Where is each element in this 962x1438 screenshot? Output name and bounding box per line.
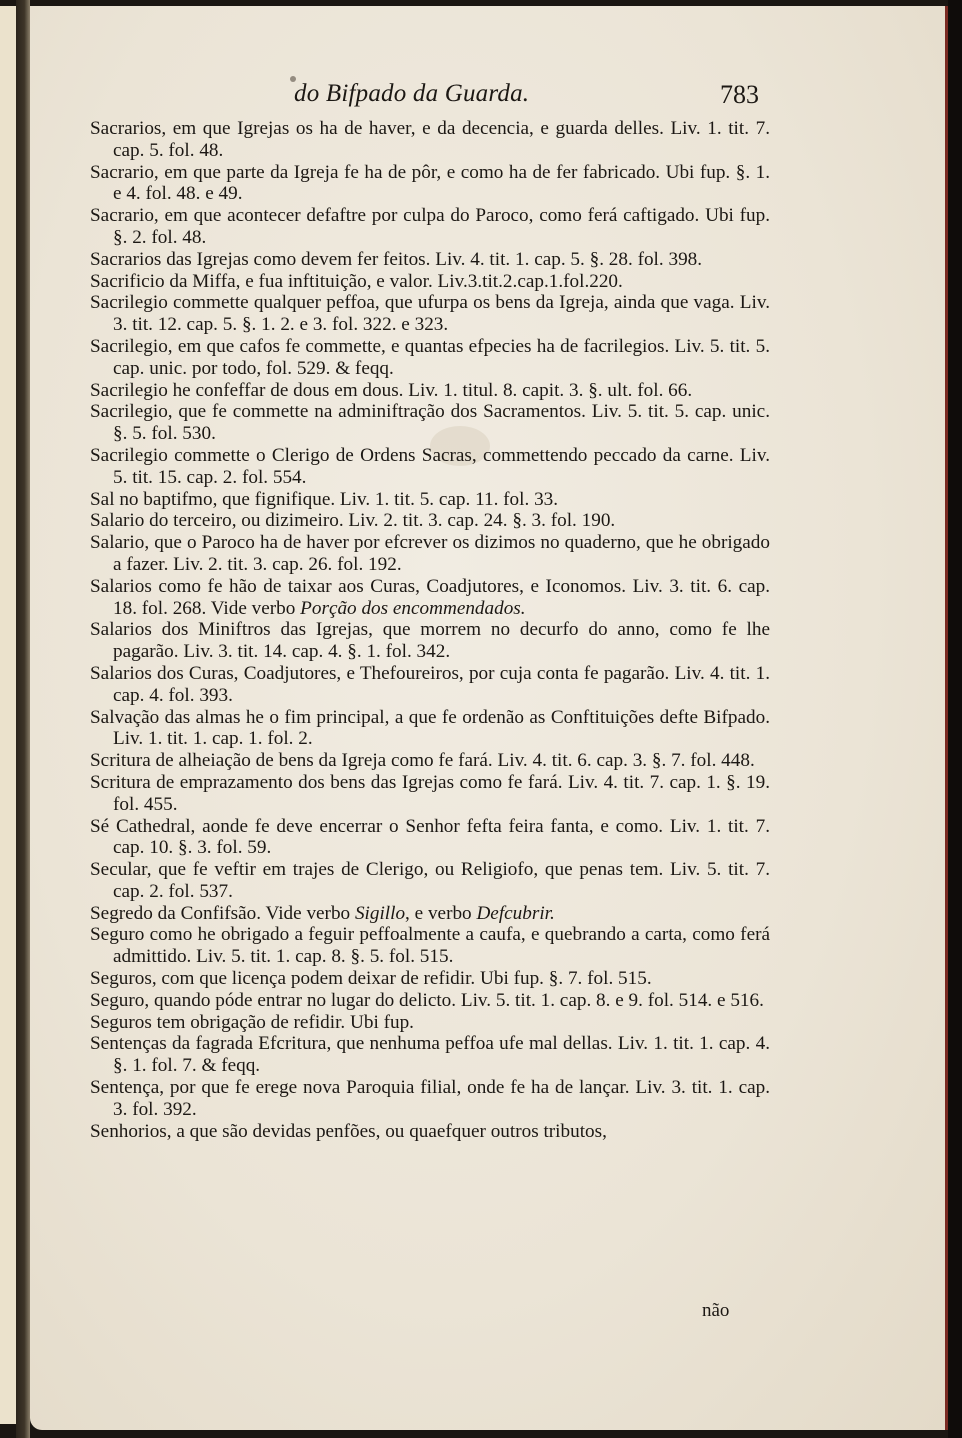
index-entry: Seguro, quando póde entrar no lugar do d… [90,990,770,1012]
index-entry: Seguro como he obrigado a feguir peffoal… [90,924,770,968]
index-entry: Senhorios, a que são devidas penfões, ou… [90,1121,770,1143]
index-entry: Sacrilegio he confeffar de dous em dous.… [90,380,770,402]
page-header: do Bifpado da Guarda. 783 [30,80,945,120]
index-entry: Sacrario, em que parte da Igreja fe ha d… [90,162,770,206]
index-entry: Salvação das almas he o fim principal, a… [90,707,770,751]
index-entry: Salario do terceiro, ou dizimeiro. Liv. … [90,510,770,532]
index-entry: Sacrilegio, que fe commette na adminiftr… [90,401,770,445]
index-entry: Sacrarios das Igrejas como devem fer fei… [90,249,770,271]
index-entry: Scritura de alheiação de bens da Igreja … [90,750,770,772]
index-entry: Sal no baptifmo, que fignifique. Liv. 1.… [90,489,770,511]
previous-page-edge [0,6,16,1424]
index-entry: Secular, que fe veftir em trajes de Cler… [90,859,770,903]
index-entry: Sentenças da fagrada Efcritura, que nenh… [90,1033,770,1077]
index-entry: Seguros, com que licença podem deixar de… [90,968,770,990]
index-entries: Sacrarios, em que Igrejas os ha de haver… [90,118,770,1142]
page-edge-dark [948,0,962,1438]
index-entry: Sacrilegio commette qualquer peffoa, que… [90,292,770,336]
index-entry: Sé Cathedral, aonde fe deve encerrar o S… [90,816,770,860]
book-gutter [16,0,30,1438]
index-entry: Sacrario, em que acontecer defaftre por … [90,205,770,249]
book-page: do Bifpado da Guarda. 783 Sacrarios, em … [30,6,945,1430]
index-entry: Sentença, por que fe erege nova Paroquia… [90,1077,770,1121]
catchword: não [702,1300,729,1322]
index-entry: Sacrilegio, em que cafos fe commette, e … [90,336,770,380]
index-entry: Sacrificio da Miffa, e fua inftituição, … [90,271,770,293]
page-number: 783 [720,80,759,110]
index-entry: Salarios dos Miniftros das Igrejas, que … [90,619,770,663]
index-entry: Segredo da Confifsão. Vide verbo Sigillo… [90,903,770,925]
index-entry: Scritura de emprazamento dos bens das Ig… [90,772,770,816]
index-entry: Salarios como fe hão de taixar aos Curas… [90,576,770,620]
running-title: do Bifpado da Guarda. [294,80,529,108]
index-entry: Salarios dos Curas, Coadjutores, e Thefo… [90,663,770,707]
index-entry: Seguros tem obrigação de refidir. Ubi fu… [90,1012,770,1034]
index-entry: Salario, que o Paroco ha de haver por ef… [90,532,770,576]
index-entry: Sacrarios, em que Igrejas os ha de haver… [90,118,770,162]
index-entry: Sacrilegio commette o Clerigo de Ordens … [90,445,770,489]
